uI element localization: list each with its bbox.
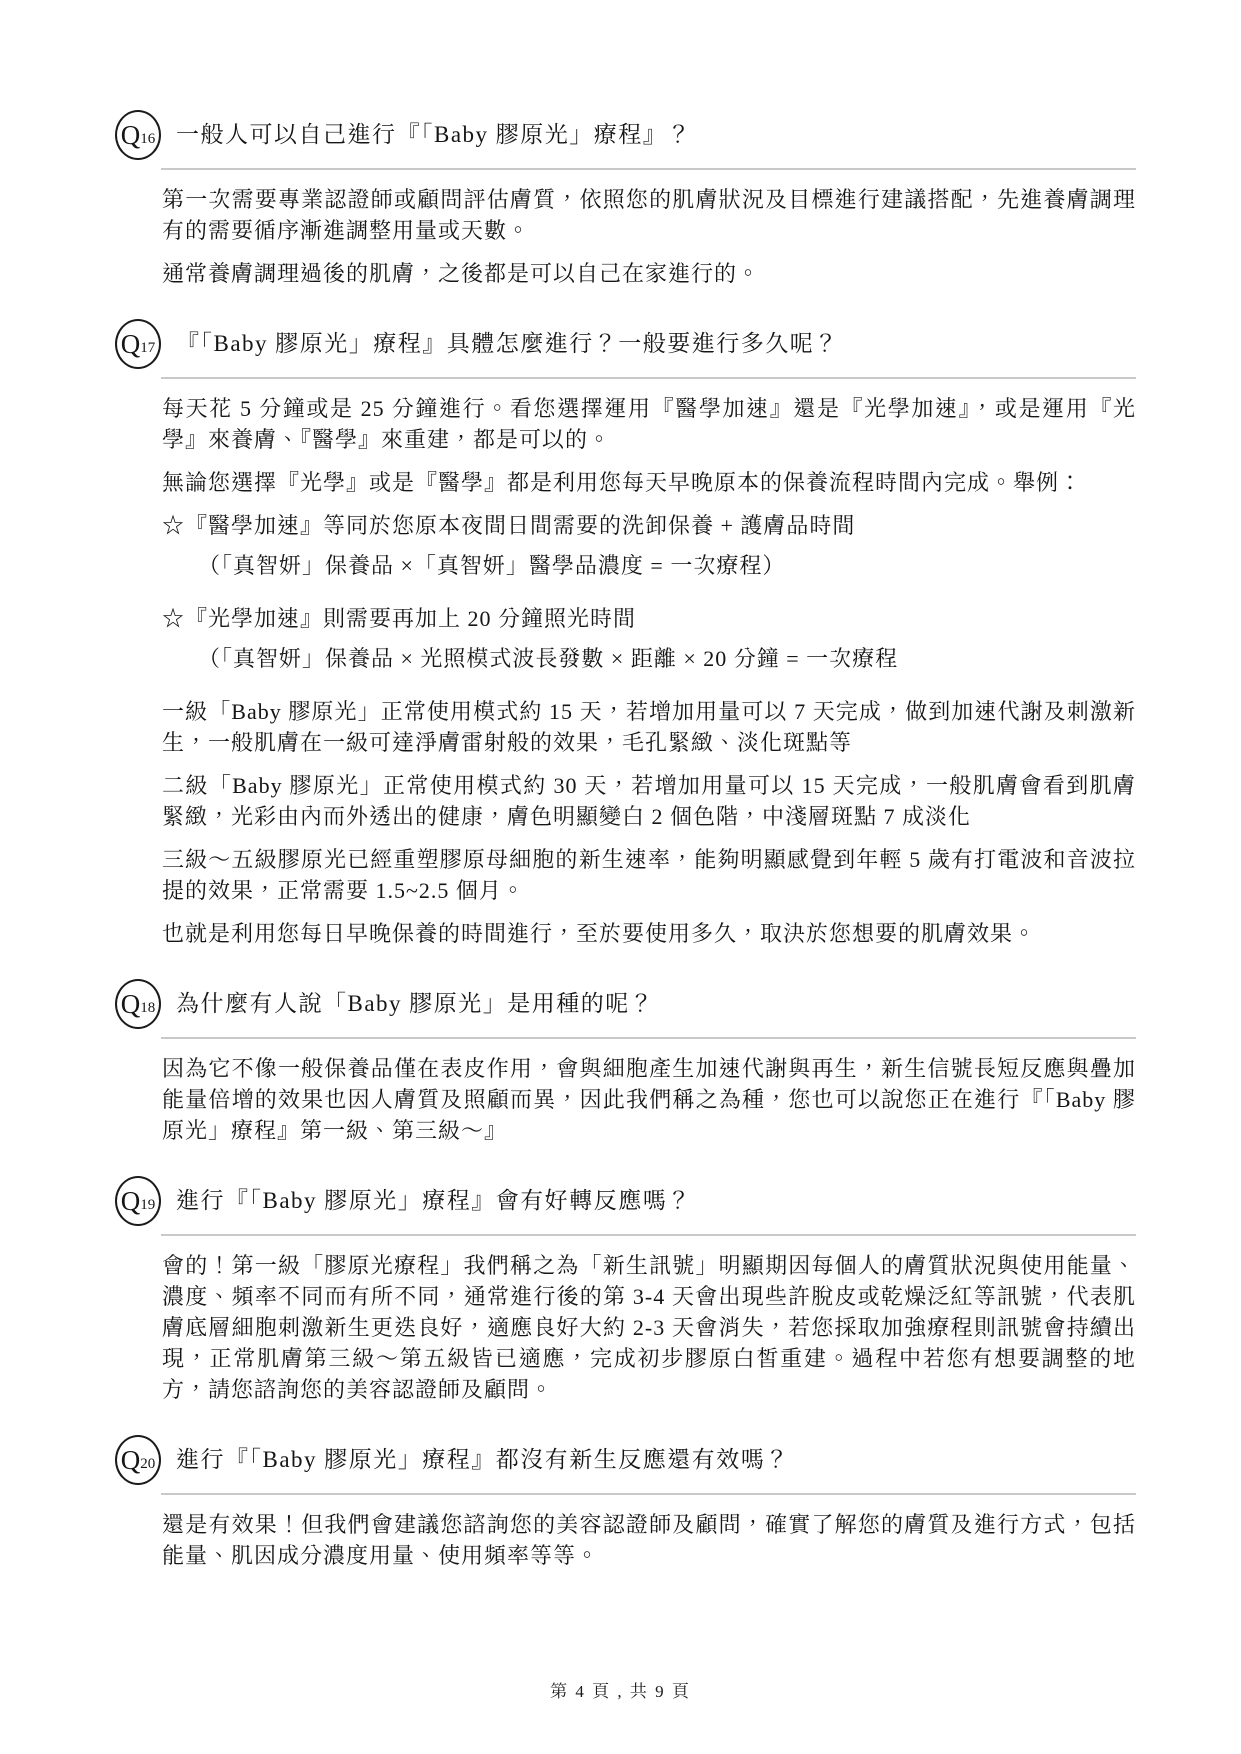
question-number-badge: Q19 — [115, 1176, 161, 1226]
faq-item: Q18 為什麼有人說「Baby 膠原光」是用種的呢？ 因為它不像一般保養品僅在表… — [115, 979, 1136, 1146]
answer-paragraph: 通常養膚調理過後的肌膚，之後都是可以自己在家進行的。 — [162, 258, 1136, 289]
document-page: Q16 一般人可以自己進行『「Baby 膠原光」療程』？ 第一次需要專業認證師或… — [0, 0, 1241, 1754]
question-text: 進行『「Baby 膠原光」療程』會有好轉反應嗎？ — [176, 1187, 692, 1215]
answer-paragraph: 還是有效果！但我們會建議您諮詢您的美容認證師及顧問，確實了解您的膚質及進行方式，… — [162, 1509, 1136, 1571]
answer-paragraph: ☆『光學加速』則需要再加上 20 分鐘照光時間 — [162, 603, 1136, 634]
answer-block: 第一次需要專業認證師或顧問評估膚質，依照您的肌膚狀況及目標進行建議搭配，先進養膚… — [162, 184, 1136, 289]
answer-block: 會的！第一級「膠原光療程」我們稱之為「新生訊號」明顯期因每個人的膚質狀況與使用能… — [162, 1250, 1136, 1405]
question-number-badge: Q16 — [115, 110, 161, 160]
question-number-badge: Q20 — [115, 1435, 161, 1485]
answer-paragraph: （「真智妍」保養品 ×「真智妍」醫學品濃度 = 一次療程） — [162, 550, 1136, 581]
question-text: 『「Baby 膠原光」療程』具體怎麼進行？一般要進行多久呢？ — [176, 330, 839, 358]
question-divider — [161, 1493, 1136, 1495]
answer-block: 每天花 5 分鐘或是 25 分鐘進行。看您選擇運用『醫學加速』還是『光學加速』，… — [162, 393, 1136, 949]
question-row: Q17 『「Baby 膠原光」療程』具體怎麼進行？一般要進行多久呢？ — [115, 319, 1136, 369]
answer-paragraph: 一級「Baby 膠原光」正常使用模式約 15 天，若增加用量可以 7 天完成，做… — [162, 696, 1136, 758]
question-badge-letter: Q — [121, 122, 141, 149]
faq-item: Q20 進行『「Baby 膠原光」療程』都沒有新生反應還有效嗎？ 還是有效果！但… — [115, 1435, 1136, 1571]
question-badge-number: 19 — [140, 1198, 155, 1213]
faq-list: Q16 一般人可以自己進行『「Baby 膠原光」療程』？ 第一次需要專業認證師或… — [115, 110, 1136, 1601]
question-row: Q20 進行『「Baby 膠原光」療程』都沒有新生反應還有效嗎？ — [115, 1435, 1136, 1485]
answer-paragraph: ☆『醫學加速』等同於您原本夜間日間需要的洗卸保養 + 護膚品時間 — [162, 510, 1136, 541]
faq-item: Q19 進行『「Baby 膠原光」療程』會有好轉反應嗎？ 會的！第一級「膠原光療… — [115, 1176, 1136, 1405]
question-badge-number: 17 — [140, 341, 155, 356]
question-row: Q19 進行『「Baby 膠原光」療程』會有好轉反應嗎？ — [115, 1176, 1136, 1226]
question-divider — [161, 377, 1136, 379]
question-row: Q16 一般人可以自己進行『「Baby 膠原光」療程』？ — [115, 110, 1136, 160]
answer-paragraph: 第一次需要專業認證師或顧問評估膚質，依照您的肌膚狀況及目標進行建議搭配，先進養膚… — [162, 184, 1136, 246]
question-divider — [161, 168, 1136, 170]
question-badge-letter: Q — [121, 991, 141, 1018]
answer-paragraph: （「真智妍」保養品 × 光照模式波長發數 × 距離 × 20 分鐘 = 一次療程 — [162, 643, 1136, 674]
question-badge-letter: Q — [121, 1447, 141, 1474]
question-badge-number: 20 — [140, 1457, 155, 1472]
answer-paragraph: 因為它不像一般保養品僅在表皮作用，會與細胞產生加速代謝與再生，新生信號長短反應與… — [162, 1053, 1136, 1146]
answer-paragraph: 也就是利用您每日早晚保養的時間進行，至於要使用多久，取決於您想要的肌膚效果。 — [162, 918, 1136, 949]
question-badge-number: 18 — [140, 1001, 155, 1016]
answer-paragraph: 二級「Baby 膠原光」正常使用模式約 30 天，若增加用量可以 15 天完成，… — [162, 770, 1136, 832]
answer-block: 還是有效果！但我們會建議您諮詢您的美容認證師及顧問，確實了解您的膚質及進行方式，… — [162, 1509, 1136, 1571]
question-text: 為什麼有人說「Baby 膠原光」是用種的呢？ — [176, 990, 654, 1018]
page-number-text: 第 4 頁 , 共 9 頁 — [550, 1682, 691, 1701]
question-divider — [161, 1037, 1136, 1039]
faq-item: Q16 一般人可以自己進行『「Baby 膠原光」療程』？ 第一次需要專業認證師或… — [115, 110, 1136, 289]
question-number-badge: Q17 — [115, 319, 161, 369]
question-text: 一般人可以自己進行『「Baby 膠原光」療程』？ — [176, 121, 692, 149]
question-divider — [161, 1234, 1136, 1236]
answer-paragraph: 每天花 5 分鐘或是 25 分鐘進行。看您選擇運用『醫學加速』還是『光學加速』，… — [162, 393, 1136, 455]
page-footer: 第 4 頁 , 共 9 頁 — [0, 1677, 1241, 1702]
answer-paragraph: 三級～五級膠原光已經重塑膠原母細胞的新生速率，能夠明顯感覺到年輕 5 歲有打電波… — [162, 844, 1136, 906]
answer-paragraph: 無論您選擇『光學』或是『醫學』都是利用您每天早晚原本的保養流程時間內完成。舉例： — [162, 467, 1136, 498]
answer-paragraph: 會的！第一級「膠原光療程」我們稱之為「新生訊號」明顯期因每個人的膚質狀況與使用能… — [162, 1250, 1136, 1405]
question-badge-number: 16 — [140, 132, 155, 147]
faq-item: Q17 『「Baby 膠原光」療程』具體怎麼進行？一般要進行多久呢？ 每天花 5… — [115, 319, 1136, 949]
question-number-badge: Q18 — [115, 979, 161, 1029]
question-badge-letter: Q — [121, 331, 141, 358]
question-text: 進行『「Baby 膠原光」療程』都沒有新生反應還有效嗎？ — [176, 1446, 790, 1474]
question-row: Q18 為什麼有人說「Baby 膠原光」是用種的呢？ — [115, 979, 1136, 1029]
question-badge-letter: Q — [121, 1188, 141, 1215]
answer-block: 因為它不像一般保養品僅在表皮作用，會與細胞產生加速代謝與再生，新生信號長短反應與… — [162, 1053, 1136, 1146]
